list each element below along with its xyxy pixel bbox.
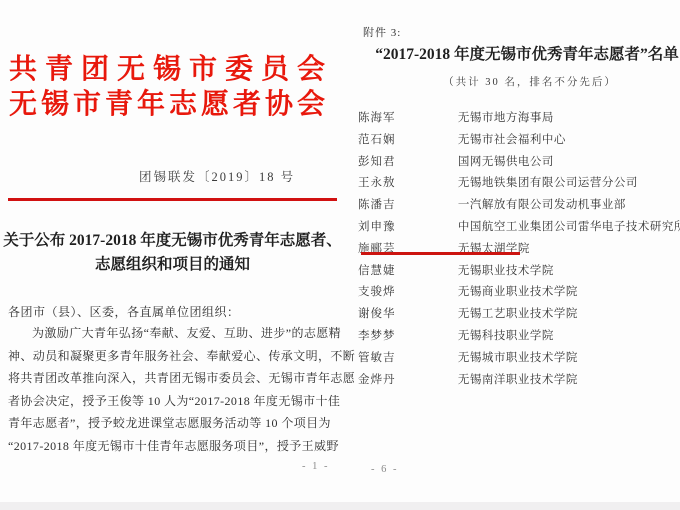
volunteer-name: 刘申豫	[358, 217, 455, 239]
volunteer-name: 谢俊华	[358, 304, 455, 326]
salutation-line: 各团市（县）、区委，各直属单位团组织：	[8, 303, 340, 320]
roster-row: 谢俊华 无锡工艺职业技术学院	[358, 304, 680, 326]
body-line: 者协会决定，授予王俊等 10 人为“2017-2018 年度无锡市十佳	[8, 390, 340, 413]
page-number-left: - 1 -	[302, 461, 330, 472]
page-1-notice: 共青团无锡市委员会 无锡市青年志愿者协会 团锡联发〔2019〕18 号 关于公布…	[0, 0, 340, 502]
roster-row: 李梦梦 无锡科技职业学院	[358, 326, 680, 348]
body-line: 将共青团改革推向深入，共青团无锡市委员会、无锡市青年志愿	[8, 367, 340, 390]
org-letterhead-line1: 共青团无锡市委员会	[9, 52, 335, 87]
volunteer-org: 无锡市地方海事局	[458, 112, 554, 124]
volunteer-name: 彭知君	[358, 152, 455, 174]
body-paragraph: 为激励广大青年弘扬“奉献、友爱、互助、进步”的志愿精 神、动员和凝聚更多青年服务…	[8, 322, 340, 458]
volunteer-org: 中国航空工业集团公司雷华电子技术研究所	[458, 221, 680, 233]
volunteer-name: 金烨丹	[358, 370, 455, 392]
document-title: 关于公布 2017-2018 年度无锡市优秀青年志愿者、 志愿组织和项目的通知	[0, 229, 345, 277]
roster-row: 陈海军 无锡市地方海事局	[358, 108, 680, 130]
document-number: 团锡联发〔2019〕18 号	[139, 167, 295, 185]
volunteer-org: 无锡科技职业学院	[458, 330, 554, 342]
volunteer-org: 无锡职业技术学院	[458, 265, 554, 277]
volunteer-org: 一汽解放有限公司发动机事业部	[458, 199, 626, 211]
highlight-underline	[361, 252, 520, 255]
volunteer-name: 王永敖	[358, 173, 455, 195]
volunteer-name: 陈海军	[358, 108, 455, 130]
volunteer-org: 无锡南洋职业技术学院	[458, 374, 578, 386]
volunteer-roster: 陈海军 无锡市地方海事局 范石娴 无锡市社会福利中心 彭知君 国网无锡供电公司 …	[358, 108, 680, 391]
volunteer-name: 施郦芸	[358, 239, 455, 261]
volunteer-org: 无锡地铁集团有限公司运营分公司	[458, 177, 638, 189]
roster-title: “2017-2018 年度无锡市优秀青年志愿者”名单	[340, 42, 680, 64]
roster-row: 金烨丹 无锡南洋职业技术学院	[358, 370, 680, 392]
roster-row: 王永敖 无锡地铁集团有限公司运营分公司	[358, 173, 680, 195]
document-title-line1: 关于公布 2017-2018 年度无锡市优秀青年志愿者、	[0, 229, 345, 253]
volunteer-name: 陈潘吉	[358, 195, 455, 217]
volunteer-org: 无锡市社会福利中心	[458, 134, 566, 146]
volunteer-name: 范石娴	[358, 130, 455, 152]
volunteer-name: 支骏烨	[358, 282, 455, 304]
body-line: 神、动员和凝聚更多青年服务社会、奉献爱心、传承文明，不断	[8, 345, 340, 368]
document-title-line2: 志愿组织和项目的通知	[0, 253, 345, 277]
roster-row: 刘申豫 中国航空工业集团公司雷华电子技术研究所	[358, 217, 680, 239]
roster-row: 信慧婕 无锡职业技术学院	[358, 261, 680, 283]
volunteer-name: 管敏吉	[358, 348, 455, 370]
scan-bottom-edge	[0, 502, 680, 510]
volunteer-org: 无锡商业职业技术学院	[458, 286, 578, 298]
volunteer-name: 李梦梦	[358, 326, 455, 348]
attachment-label: 附件 3:	[363, 24, 401, 40]
roster-row: 范石娴 无锡市社会福利中心	[358, 130, 680, 152]
volunteer-name: 信慧婕	[358, 261, 455, 283]
volunteer-org: 无锡城市职业技术学院	[458, 352, 578, 364]
roster-row: 管敏吉 无锡城市职业技术学院	[358, 348, 680, 370]
roster-subtitle: （共计 30 名，排名不分先后）	[340, 74, 680, 89]
org-letterhead: 共青团无锡市委员会 无锡市青年志愿者协会	[9, 52, 335, 122]
body-line: 青年志愿者”，授予蛟龙进课堂志愿服务活动等 10 个项目为	[8, 412, 340, 435]
volunteer-org: 无锡工艺职业技术学院	[458, 308, 578, 320]
roster-row: 施郦芸 无锡太湖学院	[358, 239, 680, 261]
page-number-right: - 6 -	[371, 464, 399, 475]
roster-row: 陈潘吉 一汽解放有限公司发动机事业部	[358, 195, 680, 217]
org-letterhead-line2: 无锡市青年志愿者协会	[9, 87, 335, 122]
body-line: 为激励广大青年弘扬“奉献、友爱、互助、进步”的志愿精	[8, 322, 340, 345]
page-6-attachment: 附件 3: “2017-2018 年度无锡市优秀青年志愿者”名单 （共计 30 …	[340, 0, 680, 502]
volunteer-org: 国网无锡供电公司	[458, 156, 554, 168]
roster-row: 支骏烨 无锡商业职业技术学院	[358, 282, 680, 304]
document-scan: 共青团无锡市委员会 无锡市青年志愿者协会 团锡联发〔2019〕18 号 关于公布…	[0, 0, 680, 510]
red-divider-rule	[8, 198, 337, 201]
roster-row: 彭知君 国网无锡供电公司	[358, 152, 680, 174]
body-line: “2017-2018 年度无锡市十佳青年志愿服务项目”，授予王威野	[8, 435, 340, 458]
